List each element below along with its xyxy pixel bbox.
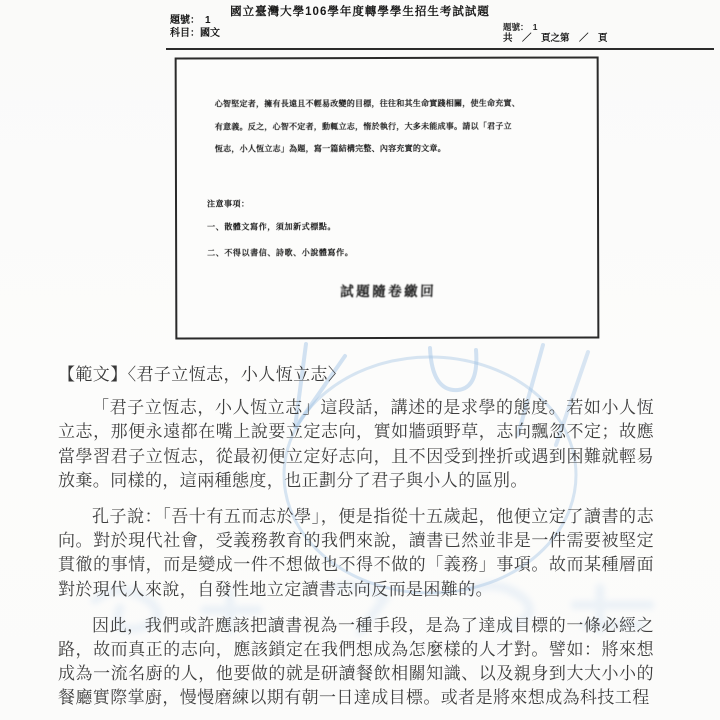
prompt-line: 有意義。反之，心智不定者，動輒立志，惰於執行，大多未能成事。請以「君子立 xyxy=(215,115,560,138)
essay-paragraph-3: 因此，我們或許應該把讀書視為一種手段，是為了達成目標的一條必經之路，故而真正的志… xyxy=(58,614,654,711)
prompt-line: 恆志，小人恆立志」為題，寫一篇結構完整、內容充實的文章。 xyxy=(215,138,560,161)
essay-heading: 【範文】〈君子立恆志，小人恆立志〉 xyxy=(58,363,654,387)
page-counter: 共 ／ 頁之第 ／ 頁 xyxy=(503,33,608,45)
question-number-value-right: 1 xyxy=(533,22,538,32)
header-divider-line xyxy=(166,48,714,50)
notes-heading: 注意事項： xyxy=(207,198,250,209)
return-notice: 試題隨卷繳回 xyxy=(340,280,437,300)
exam-title: 國立臺灣大學106學年度轉學學生招生考試試題 xyxy=(0,3,720,19)
prompt-line: 心智堅定者，擁有長遠且不輕易改變的目標，往往和其生命實踐相關，使生命充實、 xyxy=(215,93,560,116)
note-item-2: 二、不得以書信、詩歌、小說體寫作。 xyxy=(207,247,353,258)
question-prompt: 心智堅定者，擁有長遠且不輕易改變的目標，往往和其生命實踐相關，使生命充實、 有意… xyxy=(215,93,560,161)
model-essay: 【範文】〈君子立恆志，小人恆立志〉 「君子立恆志，小人恆立志」這段話，講述的是求… xyxy=(58,363,654,720)
exam-header-right: 題號： 1 共 ／ 頁之第 ／ 頁 xyxy=(503,21,608,45)
question-box: 心智堅定者，擁有長遠且不輕易改變的目標，往往和其生命實踐相關，使生命充實、 有意… xyxy=(175,56,600,339)
scanned-exam-page: 國立臺灣大學106學年度轉學學生招生考試試題 題號： 1 科目：國文 題號： 1… xyxy=(0,0,720,720)
note-item-1: 一、散體文寫作，須加新式標點。 xyxy=(207,221,336,232)
question-number-row-right: 題號： 1 xyxy=(503,21,608,33)
essay-paragraph-1: 「君子立恆志，小人恆立志」這段話，講述的是求學的態度。若如小人恆立志，那便永遠都… xyxy=(58,396,654,493)
subject-value: 國文 xyxy=(200,28,220,39)
question-number-label-right: 題號： xyxy=(503,22,524,32)
essay-paragraph-2: 孔子說：「吾十有五而志於學」，便是指從十五歲起，他便立定了讀書的志向。對於現代社… xyxy=(58,505,654,602)
exam-header-left: 題號： 1 科目：國文 xyxy=(170,15,220,40)
question-number-label: 題號： xyxy=(170,15,195,26)
subject-row: 科目：國文 xyxy=(170,28,220,41)
question-number-row: 題號： 1 xyxy=(170,15,220,28)
question-number-value: 1 xyxy=(205,15,211,26)
subject-label: 科目： xyxy=(170,28,200,39)
